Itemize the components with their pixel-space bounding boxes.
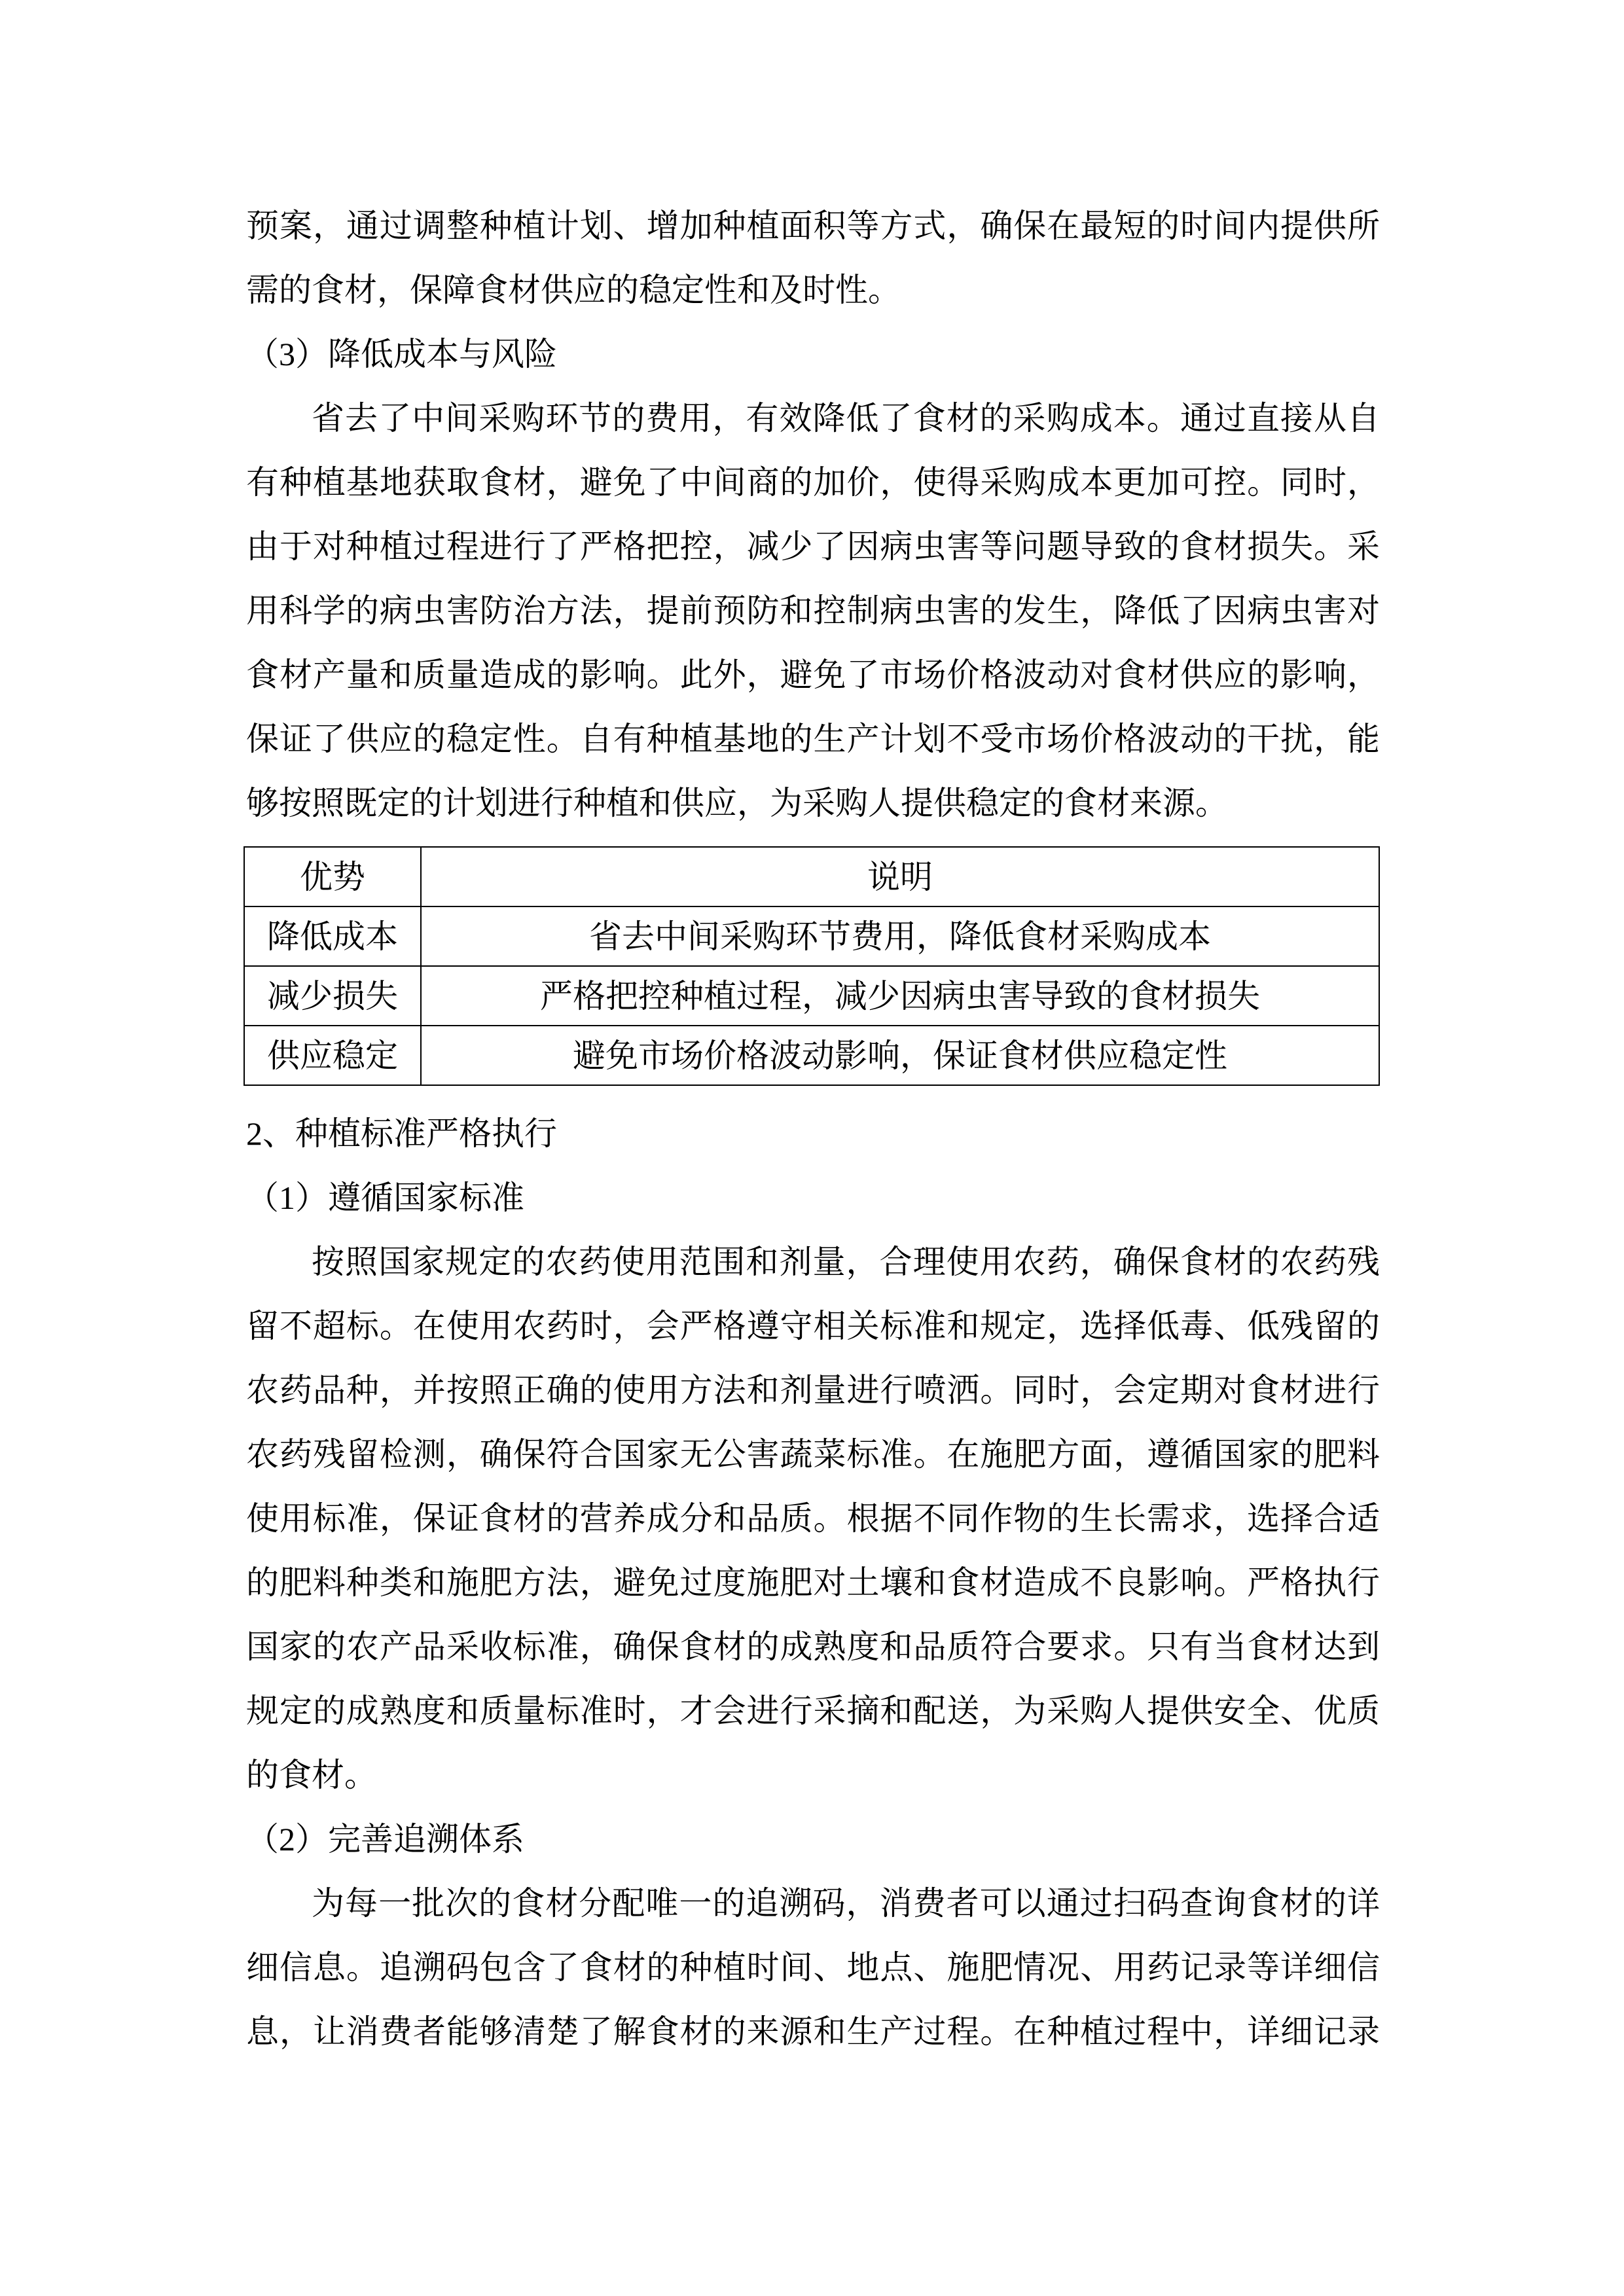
- text-line: 使用标准，保证食材的营养成分和品质。根据不同作物的生长需求，选择合适: [246, 1486, 1380, 1551]
- text-line: 用科学的病虫害防治方法，提前预防和控制病虫害的发生，降低了因病虫害对: [246, 579, 1380, 643]
- table-row: 降低成本 省去中间采购环节费用，降低食材采购成本: [244, 906, 1379, 966]
- table-cell-advantage: 降低成本: [244, 906, 421, 966]
- text-line: 为每一批次的食材分配唯一的追溯码，消费者可以通过扫码查询食材的详: [246, 1871, 1380, 1935]
- advantages-table: 优势 说明 降低成本 省去中间采购环节费用，降低食材采购成本 减少损失 严格把控…: [244, 846, 1380, 1086]
- paragraph-traceability: 为每一批次的食材分配唯一的追溯码，消费者可以通过扫码查询食材的详 细信息。追溯码…: [246, 1871, 1380, 2064]
- text-line: 省去了中间采购环节的费用，有效降低了食材的采购成本。通过直接从自: [246, 386, 1380, 450]
- table-row: 减少损失 严格把控种植过程，减少因病虫害导致的食材损失: [244, 966, 1379, 1026]
- text-line: 国家的农产品采收标准，确保食材的成熟度和品质符合要求。只有当食材达到: [246, 1615, 1380, 1679]
- text-line: 保证了供应的稳定性。自有种植基地的生产计划不受市场价格波动的干扰，能: [246, 707, 1380, 771]
- table-header-row: 优势 说明: [244, 847, 1379, 906]
- text-line: 的肥料种类和施肥方法，避免过度施肥对土壤和食材造成不良影响。严格执行: [246, 1551, 1380, 1615]
- heading-traceability: （2）完善追溯体系: [246, 1807, 1380, 1871]
- text-line: 预案，通过调整种植计划、增加种植面积等方式，确保在最短的时间内提供所: [246, 194, 1380, 258]
- table-cell-description: 避免市场价格波动影响，保证食材供应稳定性: [421, 1026, 1379, 1085]
- text-line: 够按照既定的计划进行种植和供应，为采购人提供稳定的食材来源。: [246, 771, 1380, 835]
- text-line: 规定的成熟度和质量标准时，才会进行采摘和配送，为采购人提供安全、优质: [246, 1679, 1380, 1743]
- table-header-cell-advantage: 优势: [244, 847, 421, 906]
- paragraph-national-standards: 按照国家规定的农药使用范围和剂量，合理使用农药，确保食材的农药残 留不超标。在使…: [246, 1230, 1380, 1807]
- table-cell-advantage: 供应稳定: [244, 1026, 421, 1085]
- text-line: 由于对种植过程进行了严格把控，减少了因病虫害等问题导致的食材损失。采: [246, 514, 1380, 579]
- text-line: 需的食材，保障食材供应的稳定性和及时性。: [246, 258, 1380, 322]
- text-line: 留不超标。在使用农药时，会严格遵守相关标准和规定，选择低毒、低残留的: [246, 1294, 1380, 1358]
- text-line: 农药品种，并按照正确的使用方法和剂量进行喷洒。同时，会定期对食材进行: [246, 1358, 1380, 1422]
- text-line: 有种植基地获取食材，避免了中间商的加价，使得采购成本更加可控。同时，: [246, 450, 1380, 514]
- text-line: 按照国家规定的农药使用范围和剂量，合理使用农药，确保食材的农药残: [246, 1230, 1380, 1294]
- text-line: 细信息。追溯码包含了食材的种植时间、地点、施肥情况、用药记录等详细信: [246, 1935, 1380, 2000]
- heading-cost-risk: （3）降低成本与风险: [246, 322, 1380, 386]
- table-cell-advantage: 减少损失: [244, 966, 421, 1026]
- paragraph-cost-risk: 省去了中间采购环节的费用，有效降低了食材的采购成本。通过直接从自 有种植基地获取…: [246, 386, 1380, 835]
- text-line: 食材产量和质量造成的影响。此外，避免了市场价格波动对食材供应的影响，: [246, 643, 1380, 707]
- table-cell-description: 省去中间采购环节费用，降低食材采购成本: [421, 906, 1379, 966]
- paragraph-supply-guarantee: 预案，通过调整种植计划、增加种植面积等方式，确保在最短的时间内提供所 需的食材，…: [246, 194, 1380, 322]
- text-line: 的食材。: [246, 1743, 1380, 1807]
- document-page: 预案，通过调整种植计划、增加种植面积等方式，确保在最短的时间内提供所 需的食材，…: [0, 0, 1624, 2296]
- table-row: 供应稳定 避免市场价格波动影响，保证食材供应稳定性: [244, 1026, 1379, 1085]
- text-line: 息，让消费者能够清楚了解食材的来源和生产过程。在种植过程中，详细记录: [246, 2000, 1380, 2064]
- heading-national-standards: （1）遵循国家标准: [246, 1166, 1380, 1230]
- heading-planting-standards: 2、种植标准严格执行: [246, 1102, 1380, 1166]
- table-cell-description: 严格把控种植过程，减少因病虫害导致的食材损失: [421, 966, 1379, 1026]
- table-header-cell-description: 说明: [421, 847, 1379, 906]
- text-line: 农药残留检测，确保符合国家无公害蔬菜标准。在施肥方面，遵循国家的肥料: [246, 1422, 1380, 1486]
